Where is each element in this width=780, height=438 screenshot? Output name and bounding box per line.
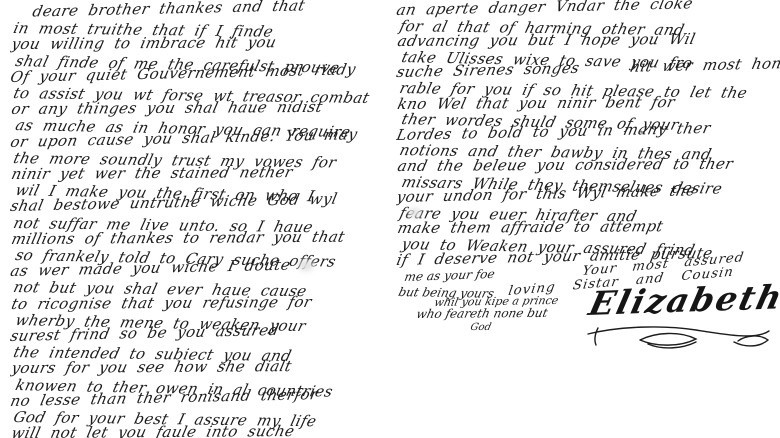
manuscript-line: make them affraide to attempt — [396, 219, 780, 237]
manuscript-line: millions of thankes to rendar you that — [10, 228, 392, 247]
manuscript-line: yours for you see how she dialt — [10, 358, 392, 377]
ink-smudge — [298, 260, 314, 271]
manuscript-line: advancing you but I hope you Wil — [396, 32, 780, 50]
manuscript-line: will not let you faule into suche — [10, 423, 392, 438]
ink-smudge — [408, 208, 421, 218]
manuscript-line: an aperte danger Vndar the cloke — [396, 0, 780, 19]
right-page: an aperte danger Vndar the cloke for al … — [396, 0, 780, 438]
manuscript-line: to ricognise that you refusinge for — [10, 293, 392, 312]
manuscript-line: deare brother thankes and that — [10, 0, 392, 20]
manuscript-line: or any thinges you shal haue nidist — [10, 99, 392, 118]
closing-line: who feareth none but — [415, 306, 549, 321]
manuscript-line: you willing to imbrace hit you — [10, 34, 392, 53]
letter-closing: me as your foe Your most assured but bei… — [396, 266, 780, 438]
manuscript-scan: deare brother thankes and that in most t… — [0, 0, 780, 438]
left-page: deare brother thankes and that in most t… — [10, 0, 392, 438]
manuscript-line: and the beleue you considered to ther — [396, 156, 780, 174]
signature-flourish-icon — [584, 322, 772, 352]
manuscript-line: kno Wel that you ninir bent for — [396, 94, 780, 112]
manuscript-line: ninir yet wer the stained nether — [10, 163, 392, 182]
closing-line: God — [469, 322, 492, 333]
signature-elizabeth: Elizabeth — [585, 277, 780, 323]
closing-line: me as your foe — [403, 267, 496, 284]
